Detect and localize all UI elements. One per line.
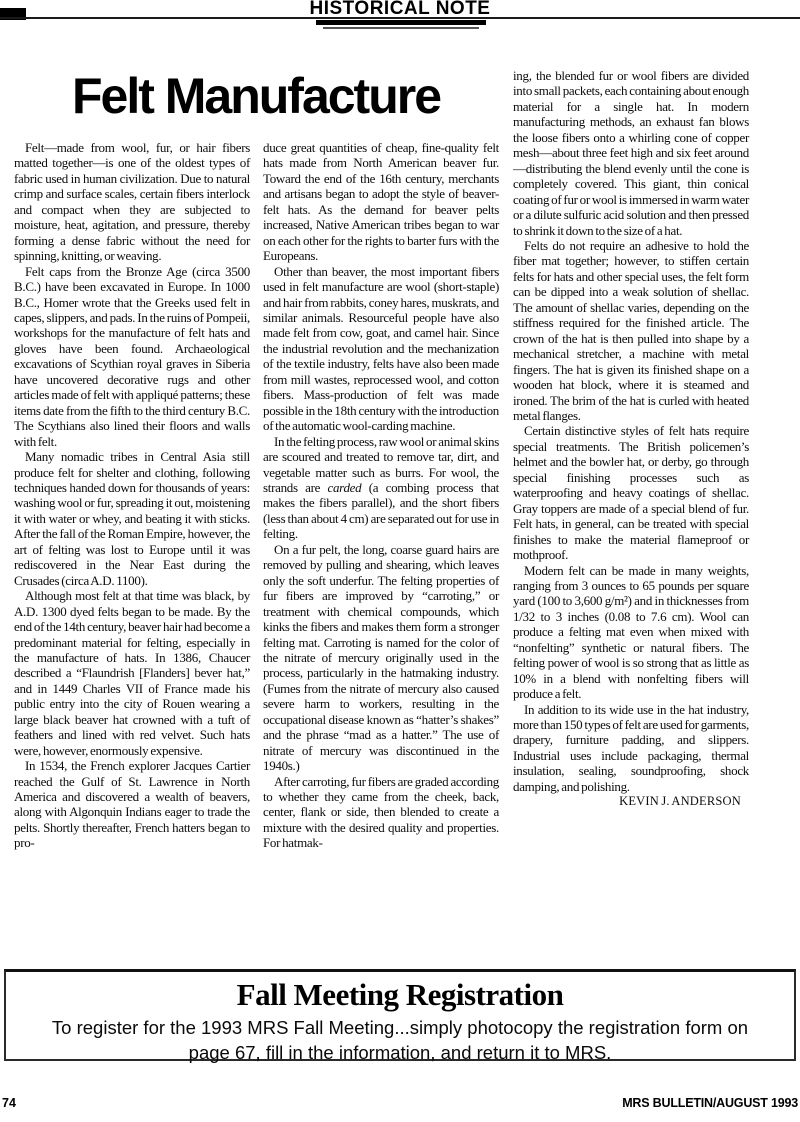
italic-term: carded <box>328 480 362 495</box>
article-column-2: duce great quantities of cheap, fine-qua… <box>263 140 499 851</box>
article-paragraph: Felt—made from wool, fur, or hair fibers… <box>14 140 250 264</box>
article-title: Felt Manufacture <box>14 70 498 122</box>
article-paragraph: ing, the blended fur or wool fibers are … <box>513 68 749 238</box>
article-paragraph: Felts do not require an adhesive to hold… <box>513 238 749 423</box>
article-column-1: Felt—made from wool, fur, or hair fibers… <box>14 140 250 851</box>
article-paragraph: Many nomadic tribes in Central Asia stil… <box>14 449 250 588</box>
article-paragraph: Certain distinctive styles of felt hats … <box>513 423 749 562</box>
article-paragraph: Other than beaver, the most important fi… <box>263 264 499 434</box>
article-paragraph: duce great quantities of cheap, fine-qua… <box>263 140 499 264</box>
page-number: 74 <box>2 1096 16 1110</box>
header-underline-bar-secondary <box>323 27 479 29</box>
magazine-page: HISTORICAL NOTE Felt Manufacture Felt—ma… <box>0 0 800 1122</box>
article-paragraph: Felt caps from the Bronze Age (circa 350… <box>14 264 250 449</box>
journal-name: MRS BULLETIN/AUGUST 1993 <box>622 1096 798 1110</box>
header-rule <box>0 17 800 19</box>
article-paragraph: In the felting process, raw wool or anim… <box>263 434 499 542</box>
header-underline-bar <box>316 20 486 25</box>
article-paragraph: Modern felt can be made in many weights,… <box>513 563 749 702</box>
registration-box-title: Fall Meeting Registration <box>6 978 794 1012</box>
article-paragraph: After carroting, fur fibers are graded a… <box>263 774 499 851</box>
fall-meeting-registration-box: Fall Meeting Registration To register fo… <box>4 969 796 1061</box>
article-paragraph: In 1534, the French explorer Jacques Car… <box>14 758 250 851</box>
article-paragraph: Although most felt at that time was blac… <box>14 588 250 758</box>
author-byline: KEVIN J. ANDERSON <box>513 794 749 809</box>
article-paragraph: In addition to its wide use in the hat i… <box>513 702 749 795</box>
section-kicker: HISTORICAL NOTE <box>310 0 491 18</box>
page-footer: 74 MRS BULLETIN/AUGUST 1993 <box>2 1096 798 1112</box>
registration-box-body: To register for the 1993 MRS Fall Meetin… <box>50 1015 750 1065</box>
article-column-3: ing, the blended fur or wool fibers are … <box>513 68 749 810</box>
article-paragraph: On a fur pelt, the long, coarse guard ha… <box>263 542 499 774</box>
